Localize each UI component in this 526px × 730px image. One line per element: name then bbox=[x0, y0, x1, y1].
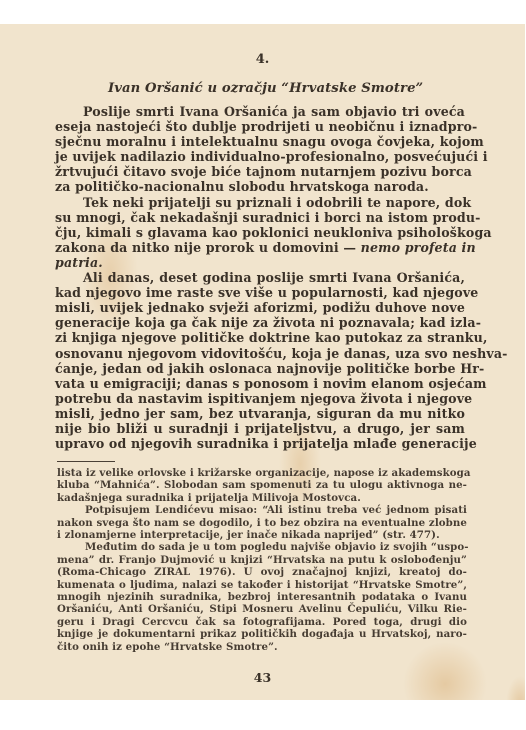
text-line: su mnogi, čak nekadašnji suradnici i bor… bbox=[55, 210, 465, 225]
chapter-title: Ivan Oršanić u ozračju “Hrvatske Smotre” bbox=[108, 81, 423, 96]
text-line: kad njegovo ime raste sve više u popular… bbox=[55, 285, 465, 300]
footnote-line: kadašnjega suradnika i prijatelja Milivo… bbox=[57, 492, 467, 504]
text-line: čju, kimali s glavama kao poklonici neuk… bbox=[55, 225, 465, 240]
footnote-line: kluba “Mahnića”. Slobodan sam spomenuti … bbox=[57, 479, 467, 491]
text-line: je uvijek nadilazio individualno-profesi… bbox=[55, 149, 465, 164]
text-line: misli, jedno jer sam, bez utvaranja, sig… bbox=[55, 406, 465, 421]
text-line: Ali danas, deset godina poslije smrti Iv… bbox=[55, 270, 465, 285]
text-line: zi knjiga njegove političke doktrine kao… bbox=[55, 330, 465, 345]
book-page: 4. Ivan Oršanić u ozračju “Hrvatske Smot… bbox=[0, 24, 525, 700]
text-line: eseja nastojeći što dublje prodrijeti u … bbox=[55, 119, 465, 134]
text-line: generacije koja ga čak nije za života ni… bbox=[55, 315, 465, 330]
text-line: nije bio bliži u suradnji i prijateljstv… bbox=[55, 421, 465, 436]
text-line: ćanje, jedan od jakih oslonaca najnovije… bbox=[55, 361, 465, 376]
text-line: žrtvujući čitavo svoje biće tajnom nutar… bbox=[55, 164, 465, 179]
footnote-line: Oršaniću, Anti Oršaniću, Stipi Mosneru A… bbox=[57, 603, 467, 615]
footnote-line: mnogih njezinih suradnika, bezbroj inter… bbox=[57, 591, 467, 603]
footnote-line: Međutim do sada je u tom pogledu najviše… bbox=[57, 541, 467, 553]
text-line: osnovanu njegovom vidovitošću, koja je d… bbox=[55, 346, 465, 361]
footnote-line: Potpisujem Lendićevu misao: “Ali istinu … bbox=[57, 504, 467, 516]
footnotes: lista iz velike orlovske i križarske org… bbox=[57, 467, 467, 653]
text-line: upravo od njegovih suradnika i prijatelj… bbox=[55, 436, 465, 451]
footnote-line: i zlonamjerne interpretacije, jer inače … bbox=[57, 529, 467, 541]
text-line: vata u emigraciji; danas s ponosom i nov… bbox=[55, 376, 465, 391]
footnote-line: lista iz velike orlovske i križarske org… bbox=[57, 467, 467, 479]
text-line: misli, uvijek jednako svježi aforizmi, p… bbox=[55, 300, 465, 315]
text-line: patria. bbox=[55, 255, 465, 270]
text-line: Tek neki prijatelji su priznali i odobri… bbox=[55, 195, 465, 210]
footnote-line: čito onih iz epohe “Hrvatske Smotre”. bbox=[57, 641, 467, 653]
page-number: 43 bbox=[0, 670, 525, 685]
footnote-line: (Roma-Chicago ZIRAL 1976). U ovoj značaj… bbox=[57, 566, 467, 578]
footnote-line: kumenata o ljudima, nalazi se također i … bbox=[57, 579, 467, 591]
footnote-line: geru i Dragi Cercvcu čak sa fotografijam… bbox=[57, 616, 467, 628]
footnote-line: knjige je dokumentarni prikaz političkih… bbox=[57, 628, 467, 640]
footnote-line: nakon svega što nam se dogodilo, i to be… bbox=[57, 517, 467, 529]
text-line: Poslije smrti Ivana Oršanića ja sam obja… bbox=[55, 104, 465, 119]
text-line: za političko-nacionalnu slobodu hrvatsko… bbox=[55, 179, 465, 194]
footnote-divider bbox=[57, 461, 115, 462]
chapter-number: 4. bbox=[0, 52, 525, 67]
body-text: Poslije smrti Ivana Oršanića ja sam obja… bbox=[55, 104, 465, 451]
text-line: potrebu da nastavim ispitivanjem njegova… bbox=[55, 391, 465, 406]
footnote-line: mena” dr. Franjo Dujmović u knjizi “Hrva… bbox=[57, 554, 467, 566]
text-line: zakona da nitko nije prorok u domovini —… bbox=[55, 240, 465, 255]
text-line: sječnu moralnu i intelektualnu snagu ovo… bbox=[55, 134, 465, 149]
